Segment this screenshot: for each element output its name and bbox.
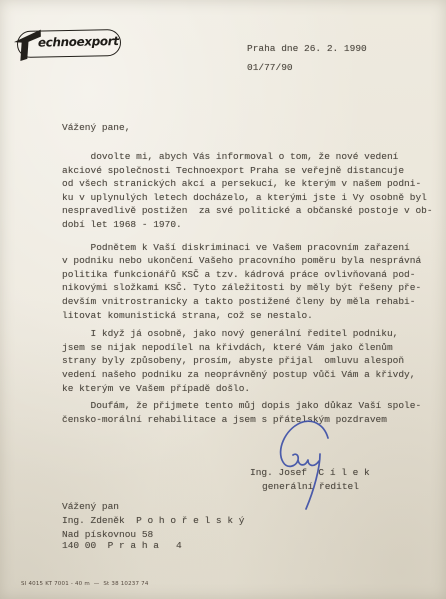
recipient-honorific: Vážený pan xyxy=(62,500,119,514)
paragraph-4: Doufám, že přijmete tento můj dopis jako… xyxy=(62,399,444,426)
technoexport-logo: echnoexport xyxy=(17,29,122,58)
place-date: Praha dne 26. 2. 1990 xyxy=(247,40,367,59)
paragraph-1: dovolte mi, abych Vás informoval o tom, … xyxy=(62,150,444,232)
signature-handwriting xyxy=(238,414,350,512)
recipient-name: Ing. Zdeněk P o h o ř e l s k ý xyxy=(62,514,244,528)
logo-text: echnoexport xyxy=(38,34,119,50)
paragraph-3: I když já osobně, jako nový generální ře… xyxy=(62,327,444,395)
recipient-city: 140 00 P r a h a 4 xyxy=(62,539,182,553)
signatory-name: Ing. Josef C í l e k xyxy=(250,466,370,480)
reference-number: 01/77/90 xyxy=(247,59,367,78)
date-block: Praha dne 26. 2. 1990 01/77/90 xyxy=(247,40,367,77)
letter-page: echnoexport Praha dne 26. 2. 1990 01/77/… xyxy=(0,0,446,599)
salutation: Vážený pane, xyxy=(62,121,130,135)
print-code: SI 4015 KT 7001 - 40 m — St 38 10237 74 xyxy=(21,581,149,587)
paragraph-2: Podnětem k Vaší diskriminaci ve Vašem pr… xyxy=(62,241,444,323)
signatory-title: generální ředitel xyxy=(262,480,359,494)
letter-body: dovolte mi, abych Vás informoval o tom, … xyxy=(62,150,444,426)
